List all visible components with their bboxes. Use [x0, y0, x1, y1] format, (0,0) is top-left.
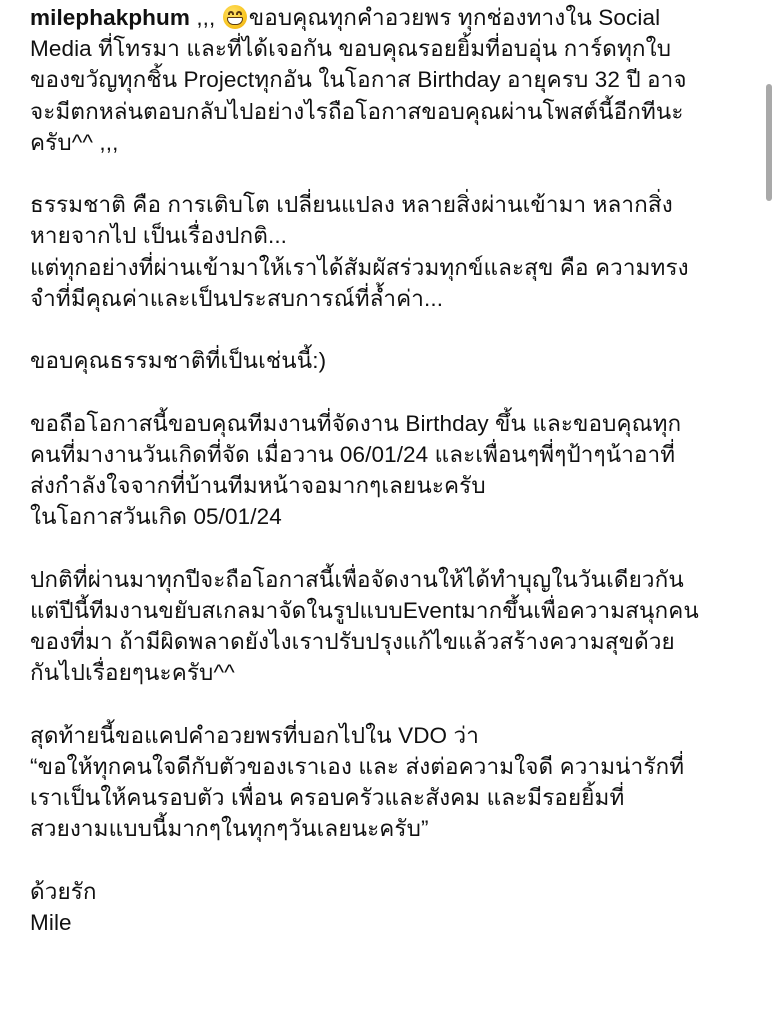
caption-line: ครับ^^ ,,,: [30, 127, 758, 158]
grinning-face-emoji-icon: [223, 5, 247, 29]
caption-line: ธรรมชาติ คือ การเติบโต เปลี่ยนแปลง หลายส…: [30, 189, 758, 220]
caption-paragraph-signoff: ด้วยรัก Mile: [30, 876, 758, 938]
caption-line: จะมีตกหล่นตอบกลับไปอย่างไรถือโอกาสขอบคุณ…: [30, 96, 758, 127]
caption-line: สวยงามแบบนี้มากๆในทุกๆวันเลยนะครับ”: [30, 813, 758, 844]
caption-line: ในโอกาสวันเกิด 05/01/24: [30, 501, 758, 532]
caption-line: สุดท้ายนี้ขอแคปคำอวยพรที่บอกไปใน VDO ว่า: [30, 720, 758, 751]
signoff-line: ด้วยรัก: [30, 876, 758, 907]
caption-line: ส่งกำลังใจจากที่บ้านทีมหน้าจอมากๆเลยนะคร…: [30, 470, 758, 501]
vertical-scrollbar[interactable]: [766, 84, 772, 201]
caption-line: กันไปเรื่อยๆนะครับ^^: [30, 657, 758, 688]
caption-line: ขอบคุณธรรมชาติที่เป็นเช่นนี้:): [30, 345, 758, 376]
caption-paragraph-thanks: milephakphum ,,, ขอบคุณทุกคำอวยพร ทุกช่อ…: [30, 2, 758, 158]
caption-line: “ขอให้ทุกคนใจดีกับตัวของเราเอง และ ส่งต่…: [30, 751, 758, 782]
username-link[interactable]: milephakphum: [30, 5, 190, 30]
caption-line: ของที่มา ถ้ามีผิดพลาดยังไงเราปรับปรุงแก้…: [30, 626, 758, 657]
caption-text: ขอบคุณทุกคำอวยพร ทุกช่องทางใน Social: [249, 5, 660, 30]
caption-line: ปกติที่ผ่านมาทุกปีจะถือโอกาสนี้เพื่อจัดง…: [30, 564, 758, 595]
caption-line: ของขวัญทุกชิ้น Projectทุกอัน ในโอกาส Bir…: [30, 64, 758, 95]
caption-paragraph-event: ปกติที่ผ่านมาทุกปีจะถือโอกาสนี้เพื่อจัดง…: [30, 564, 758, 689]
caption-line: จำที่มีคุณค่าและเป็นประสบการณ์ที่ล้ำค่า.…: [30, 283, 758, 314]
caption-line: คนที่มางานวันเกิดที่จัด เมื่อวาน 06/01/2…: [30, 439, 758, 470]
caption-line: Media ที่โทรมา และที่ได้เจอกัน ขอบคุณรอย…: [30, 33, 758, 64]
caption-paragraph-wish: สุดท้ายนี้ขอแคปคำอวยพรที่บอกไปใน VDO ว่า…: [30, 720, 758, 845]
caption-line: แต่ทุกอย่างที่ผ่านเข้ามาให้เราได้สัมผัสร…: [30, 252, 758, 283]
caption-line: แต่ปีนี้ทีมงานขยับสเกลมาจัดในรูปแบบEvent…: [30, 595, 758, 626]
caption-paragraph-thank-nature: ขอบคุณธรรมชาติที่เป็นเช่นนี้:): [30, 345, 758, 376]
caption-text: ,,,: [190, 5, 222, 30]
caption-paragraph-nature: ธรรมชาติ คือ การเติบโต เปลี่ยนแปลง หลายส…: [30, 189, 758, 314]
caption-line: ขอถือโอกาสนี้ขอบคุณทีมงานที่จัดงาน Birth…: [30, 408, 758, 439]
caption-paragraph-team-thanks: ขอถือโอกาสนี้ขอบคุณทีมงานที่จัดงาน Birth…: [30, 408, 758, 533]
caption-line: เราเป็นให้คนรอบตัว เพื่อน ครอบครัวและสัง…: [30, 782, 758, 813]
post-caption: milephakphum ,,, ขอบคุณทุกคำอวยพร ทุกช่อ…: [30, 2, 758, 969]
signature: Mile: [30, 907, 758, 938]
caption-line: milephakphum ,,, ขอบคุณทุกคำอวยพร ทุกช่อ…: [30, 2, 758, 33]
caption-line: หายจากไป เป็นเรื่องปกติ...: [30, 220, 758, 251]
